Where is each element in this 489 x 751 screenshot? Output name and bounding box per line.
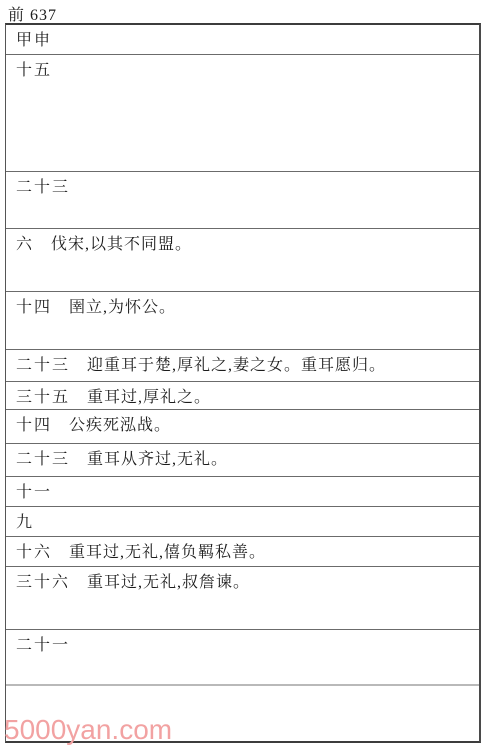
reign-year-number: 十四 [16, 299, 52, 316]
watermark: 5000yan.com [4, 714, 172, 746]
event-text: 重耳过,无礼,叔詹谏。 [87, 574, 250, 591]
reign-year-number: 九 [16, 514, 34, 531]
table-row: 二十三迎重耳于楚,厚礼之,妻之女。重耳愿归。 [6, 350, 479, 382]
table-row: 三十六重耳过,无礼,叔詹谏。 [6, 567, 479, 630]
event-text: 重耳过,无礼,僖负羁私善。 [69, 544, 266, 561]
reign-year-number: 十六 [16, 544, 52, 561]
event-text: 迎重耳于楚,厚礼之,妻之女。重耳愿归。 [87, 357, 386, 374]
reign-year-number: 六 [16, 236, 34, 253]
table-row: 十一 [6, 477, 479, 507]
event-text: 重耳从齐过,无礼。 [87, 451, 228, 468]
reign-year-number: 二十三 [16, 179, 70, 196]
table-row-ganzhi: 甲申 [6, 25, 479, 55]
table-row: 六伐宋,以其不同盟。 [6, 229, 479, 292]
reign-year-number: 二十一 [16, 637, 70, 654]
event-text: 伐宋,以其不同盟。 [51, 236, 192, 253]
reign-year-number: 十四 [16, 417, 52, 434]
reign-year-number: 二十三 [16, 357, 70, 374]
table-row: 十四圉立,为怀公。 [6, 292, 479, 350]
table-row: 十六重耳过,无礼,僖负羁私善。 [6, 537, 479, 567]
table-row: 三十五重耳过,厚礼之。 [6, 382, 479, 410]
reign-year-number: 三十五 [16, 389, 70, 406]
table-row: 十四公疾死泓战。 [6, 410, 479, 444]
event-text: 公疾死泓战。 [69, 417, 171, 434]
reign-year-number: 十一 [16, 484, 52, 501]
page-title: 前 637 [8, 2, 57, 25]
table-row: 二十一 [6, 630, 479, 686]
table-row: 二十三 [6, 172, 479, 229]
reign-year-number: 二十三 [16, 451, 70, 468]
chronology-table: 甲申 十五二十三六伐宋,以其不同盟。十四圉立,为怀公。二十三迎重耳于楚,厚礼之,… [5, 23, 481, 743]
table-row: 九 [6, 507, 479, 537]
event-text: 圉立,为怀公。 [69, 299, 176, 316]
scanned-page: 前 637 甲申 十五二十三六伐宋,以其不同盟。十四圉立,为怀公。二十三迎重耳于… [0, 0, 489, 751]
ganzhi-year-label: 甲申 [16, 32, 52, 49]
event-text: 重耳过,厚礼之。 [87, 389, 211, 406]
table-row: 十五 [6, 55, 479, 172]
reign-year-number: 十五 [16, 62, 52, 79]
reign-year-number: 三十六 [16, 574, 70, 591]
table-row: 二十三重耳从齐过,无礼。 [6, 444, 479, 477]
